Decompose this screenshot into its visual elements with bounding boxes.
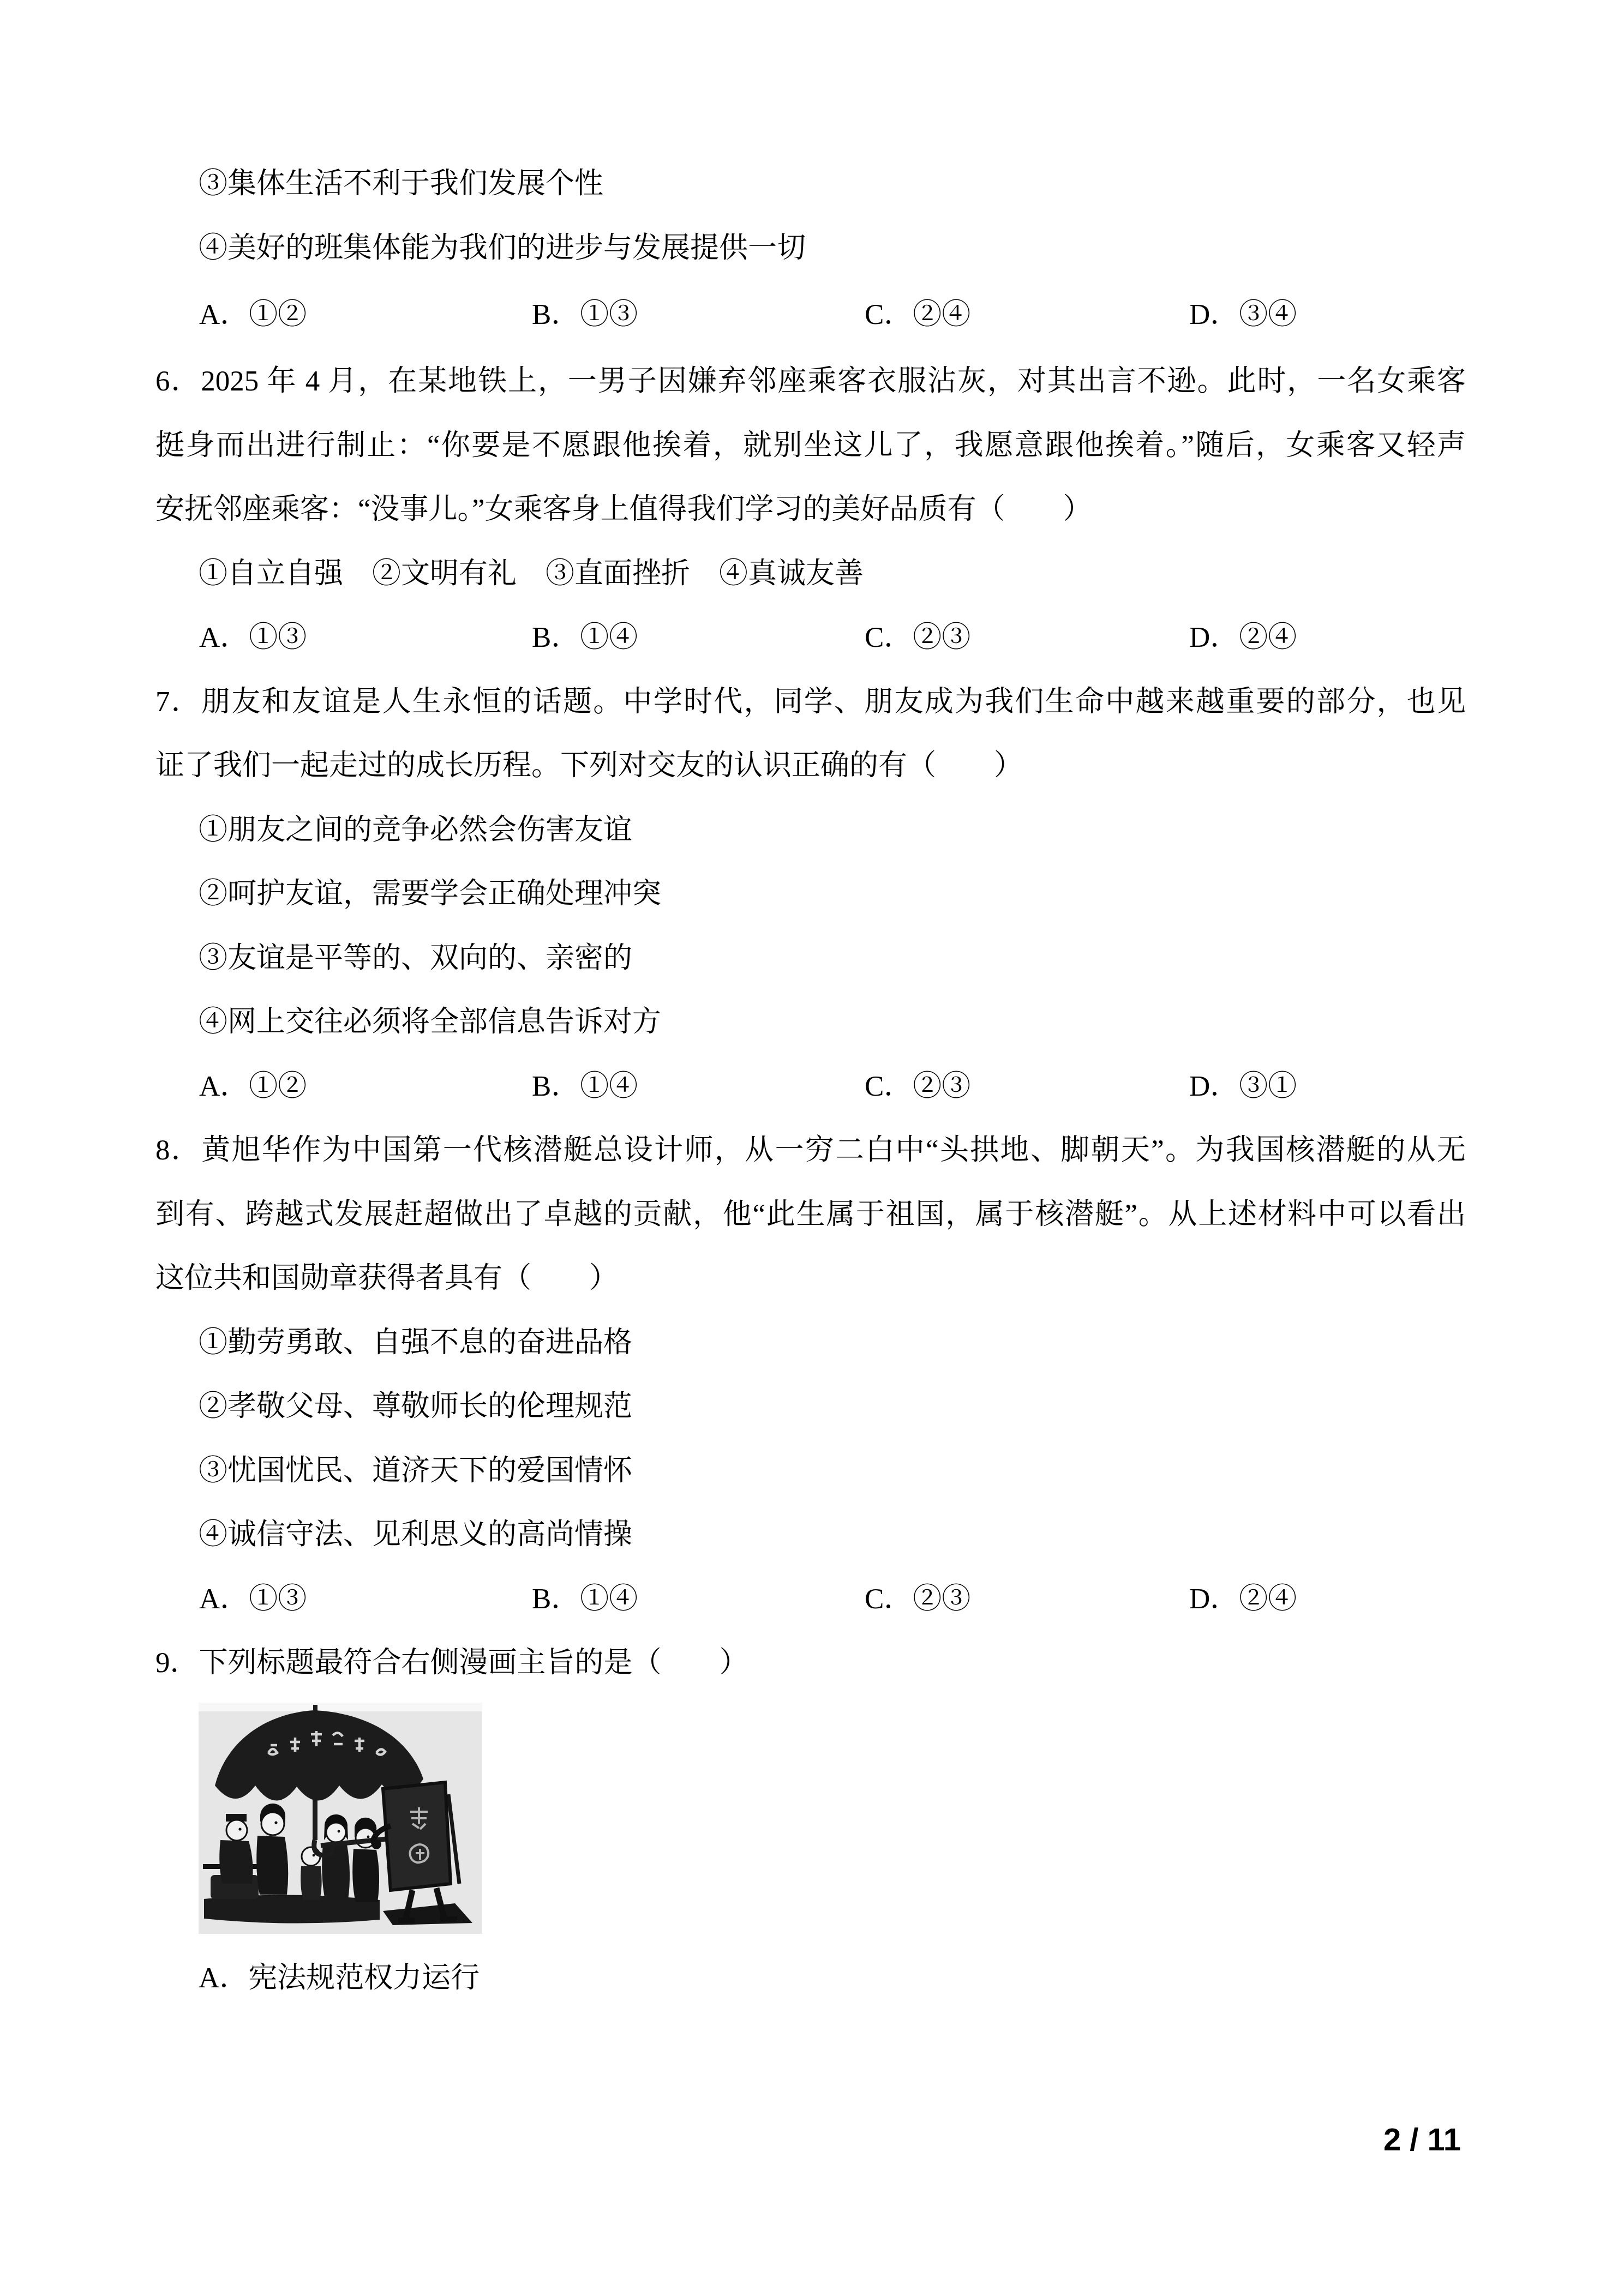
q8-options-row: A．①③ B．①④ C．②③ D．②④ bbox=[199, 1577, 1519, 1622]
q8-item-3-text: ③忧国忧民、道济天下的爱国情怀 bbox=[199, 1449, 632, 1493]
q7-item-3-text: ③友谊是平等的、双向的、亲密的 bbox=[199, 936, 632, 980]
q6-option-c: C．②③ bbox=[865, 616, 970, 659]
q8-stem-line-1: 8．黄旭华作为中国第一代核潜艇总设计师，从一穷二白中“头拱地、脚朝天”。为我国核… bbox=[155, 1128, 1466, 1172]
q8-stem-line-3: 这位共和国勋章获得者具有（ ） bbox=[155, 1257, 618, 1300]
q7-options-row: A．①② B．①④ C．②③ D．③① bbox=[199, 1065, 1519, 1109]
q7-stem-line-2: 证了我们一起走过的成长历程。下列对交友的认识正确的有（ ） bbox=[155, 744, 1023, 788]
q8-option-c: C．②③ bbox=[865, 1577, 970, 1621]
q5-option-d: D．③④ bbox=[1189, 293, 1297, 336]
q7-option-d: D．③① bbox=[1189, 1065, 1297, 1108]
q7-item-2-text: ②呵护友谊，需要学会正确处理冲突 bbox=[199, 872, 661, 916]
q6-stem-line-3: 安抚邻座乘客：“没事儿。”女乘客身上值得我们学习的美好品质有（ ） bbox=[155, 488, 1092, 531]
q9-stem-line-1: 9．下列标题最符合右侧漫画主旨的是（ ） bbox=[155, 1641, 748, 1685]
q8-stem-line-2: 到有、跨越式发展赶超做出了卓越的贡献，他“此生属于祖国，属于核潜艇”。从上述材料… bbox=[155, 1193, 1466, 1236]
q5-item-4-text: ④美好的班集体能为我们的进步与发展提供一切 bbox=[199, 226, 806, 270]
q6-option-a: A．①③ bbox=[199, 616, 307, 659]
q7-option-b: B．①④ bbox=[532, 1065, 638, 1108]
q8-item-1-text: ①勤劳勇敢、自强不息的奋进品格 bbox=[199, 1321, 632, 1365]
q7-option-a: A．①② bbox=[199, 1065, 307, 1108]
q7-item-4-text: ④网上交往必须将全部信息告诉对方 bbox=[199, 1000, 661, 1044]
q6-stem-line-2: 挺身而出进行制止：“你要是不愿跟他挨着，就别坐这儿了，我愿意跟他挨着。”随后，女… bbox=[155, 424, 1466, 467]
q7-option-c: C．②③ bbox=[865, 1065, 970, 1108]
q8-option-a: A．①③ bbox=[199, 1577, 307, 1621]
q6-items-line: ①自立自强 ②文明有礼 ③直面挫折 ④真诚友善 bbox=[199, 552, 864, 596]
q6-options-row: A．①③ B．①④ C．②③ D．②④ bbox=[199, 616, 1519, 660]
q7-stem-line-1: 7．朋友和友谊是人生永恒的话题。中学时代，同学、朋友成为我们生命中越来越重要的部… bbox=[155, 680, 1466, 724]
q6-option-b: B．①④ bbox=[532, 616, 638, 659]
ground-shadow bbox=[204, 1895, 380, 1923]
constitution-umbrella-cartoon bbox=[199, 1703, 482, 1934]
q9-option-a: A．宪法规范权力运行 bbox=[199, 1956, 480, 2000]
q6-stem-line-1: 6．2025 年 4 月，在某地铁上，一男子因嫌弃邻座乘客衣服沾灰，对其出言不逊… bbox=[155, 359, 1466, 403]
q7-item-1-text: ①朋友之间的竞争必然会伤害友谊 bbox=[199, 808, 632, 852]
q5-option-c: C．②④ bbox=[865, 293, 970, 336]
q8-option-d: D．②④ bbox=[1189, 1577, 1297, 1621]
page-number: 2 / 11 bbox=[1383, 2123, 1461, 2157]
q8-item-4-text: ④诚信守法、见利思义的高尚情操 bbox=[199, 1513, 632, 1556]
q8-item-2-text: ②孝敬父母、尊敬师长的伦理规范 bbox=[199, 1385, 632, 1428]
q5-option-a: A．①② bbox=[199, 293, 307, 336]
q5-options-row: A．①② B．①③ C．②④ D．③④ bbox=[199, 293, 1519, 338]
q6-option-d: D．②④ bbox=[1189, 616, 1297, 659]
exam-paper-page: ③集体生活不利于我们发展个性 ④美好的班集体能为我们的进步与发展提供一切 A．①… bbox=[0, 0, 1624, 2296]
q5-item-3-text: ③集体生活不利于我们发展个性 bbox=[199, 162, 603, 206]
q8-option-b: B．①④ bbox=[532, 1577, 638, 1621]
q5-option-b: B．①③ bbox=[532, 293, 638, 336]
